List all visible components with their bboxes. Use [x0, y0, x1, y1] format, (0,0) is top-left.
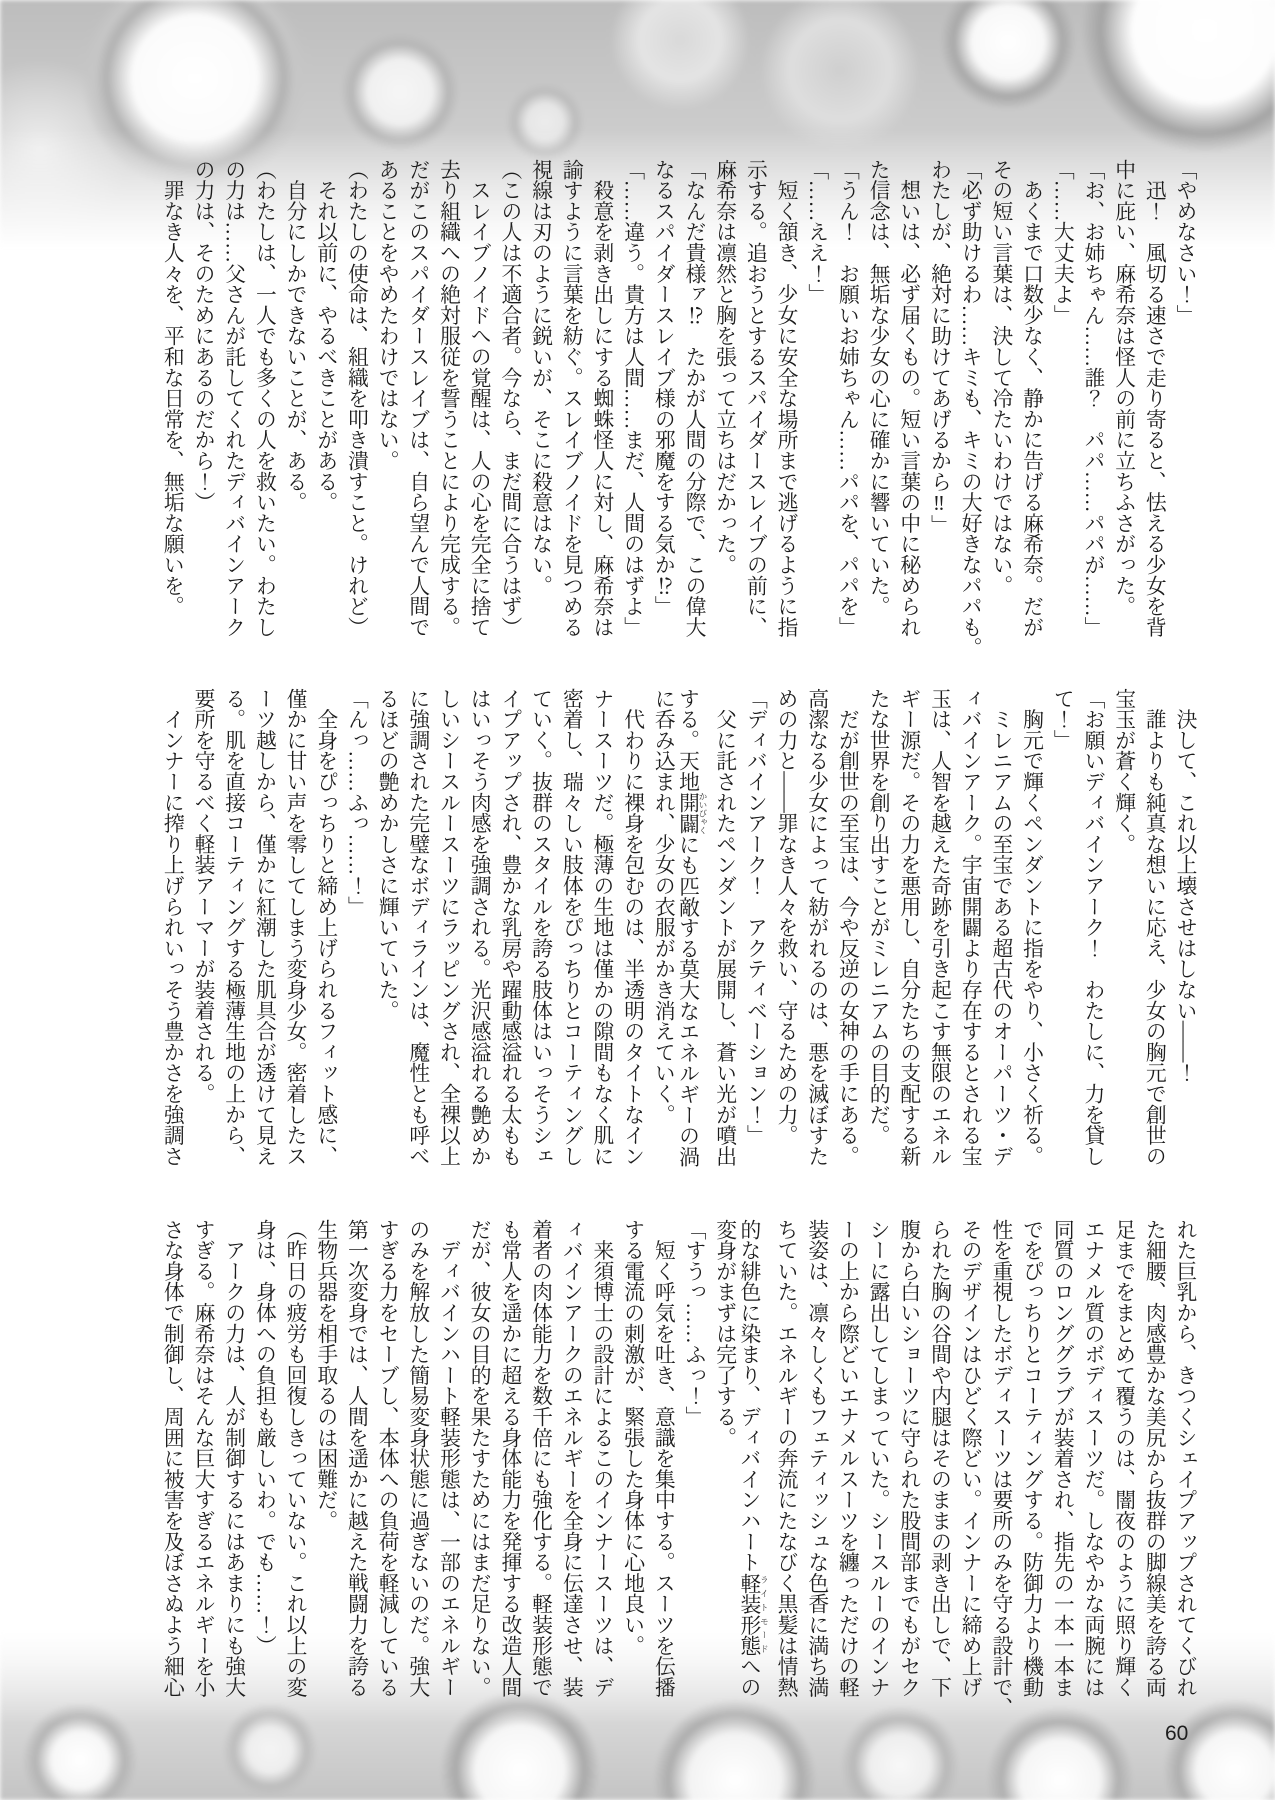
text-column: 去り組織への絶対服従を誓うことにより完成する。	[432, 159, 463, 637]
text-column: （昨日の疲労も回復しきっていない。これ以上の変	[278, 1219, 309, 1697]
text-column: イプアップされ、豊かな乳房や躍動感溢れる太もも	[493, 688, 524, 1166]
text-column: 決して、これ以上壊させはしない――！	[1168, 688, 1199, 1166]
text-column: ィバインアークのエネルギーを全身に伝達させ、装	[555, 1219, 586, 1697]
text-column: る。肌を直接コーティングする極薄生地の上から、	[217, 688, 248, 1166]
text-column: のみを解放した簡易変身状態に過ぎないのだ。強大	[401, 1219, 432, 1697]
ruby-annotated-word: 開闢かいびゃく	[676, 792, 699, 834]
text-column: なるスパイダースレイブ様の邪魔をする気か⁉」	[647, 159, 678, 637]
text-column: 代わりに裸身を包むのは、半透明のタイトなイン	[616, 688, 647, 1166]
text-column: 「……ええ！」	[800, 159, 831, 637]
text-column-with-ruby: 的な緋色に染まり、ディバインハート軽装形態ライトモードへの	[739, 1219, 770, 1697]
text-column: 「んっ……ふっ……！」	[340, 688, 371, 1166]
text-column: 同質のロンググラブが装着され、指先の一本一本ま	[1046, 1219, 1077, 1697]
text-column: 装姿は、凛々しくもフェティッシュな色香に満ち満	[800, 1219, 831, 1697]
text-column: た信念は、無垢な少女の心に確かに響いていた。	[861, 159, 892, 637]
text-column: 自分にしかできないことが、ある。	[278, 159, 309, 637]
text-column: その短い言葉は、決して冷たいわけではない。	[984, 159, 1015, 637]
text-column: に呑み込まれ、少女の衣服がかき消えていく。	[647, 688, 678, 1166]
text-column: あることをやめたわけではない。	[370, 159, 401, 637]
text-column: の力は、そのためにあるのだから！）	[186, 159, 217, 637]
text-column: 短く呼気を吐き、意識を集中する。スーツを伝播	[647, 1219, 678, 1697]
text-column: それ以前に、やるべきことがある。	[309, 159, 340, 637]
text-column: 着者の肉体能力を数千倍にも強化する。軽装形態で	[524, 1219, 555, 1697]
ruby-reading: かいびゃく	[698, 792, 708, 835]
text-column: た細腰、肉感豊かな美尻から抜群の脚線美を誇る両	[1138, 1219, 1169, 1697]
text-column: すぎる。麻希奈はそんな巨大すぎるエネルギーを小	[186, 1219, 217, 1697]
ruby-base: 軽装形態	[737, 1573, 760, 1656]
text-column: 殺意を剥き出しにする蜘蛛怪人に対し、麻希奈は	[585, 159, 616, 637]
text-column: れた巨乳から、きつくシェイプアップされてくびれ	[1168, 1219, 1199, 1697]
text-column: 「すうっ……ふっ！」	[677, 1219, 708, 1697]
text-column: ディバインハート軽装形態は、一部のエネルギー	[432, 1219, 463, 1697]
text-column: 「やめなさい！」	[1168, 159, 1199, 637]
text-column: 「なんだ貴様ァ⁉ たかが人間の分際で、この偉大	[677, 159, 708, 637]
text-column: 麻希奈は凛然と胸を張って立ちはだかった。	[708, 159, 739, 637]
text-column: たな世界を創り出すことがミレニアムの目的だ。	[861, 688, 892, 1166]
ruby-annotated-word: 軽装形態ライトモード	[737, 1573, 760, 1656]
text-column: めの力と――罪なき人々を救い、守るための力。	[769, 688, 800, 1166]
text-column: すぎる力をセーブし、本体への負荷を軽減している	[370, 1219, 401, 1697]
text-column: だが創世の至宝は、今や反逆の女神の手にある。	[831, 688, 862, 1166]
text-column: ていく。抜群のスタイルを誇る肢体はいっそうシェ	[524, 688, 555, 1166]
text-column: する電流の刺激が、緊張した身体に心地良い。	[616, 1219, 647, 1697]
text-column: 「うん！ お願いお姉ちゃん……パパを、パパを」	[831, 159, 862, 637]
text-column: 性を重視したボディスーツは要所のみを守る設計で、	[984, 1219, 1015, 1697]
text-segment: にも匹敵する莫大なエネルギーの渦	[676, 834, 699, 1167]
text-segment: への	[737, 1656, 760, 1698]
text-column: 中に庇い、麻希奈は怪人の前に立ちふさがった。	[1107, 159, 1138, 637]
text-column: ーツ越しから、僅かに紅潮した肌具合が透けて見え	[248, 688, 279, 1166]
text-column: 諭すように言葉を紡ぐ。スレイブノイドを見つめる	[555, 159, 586, 637]
text-column: あくまで口数少なく、静かに告げる麻希奈。だが	[1015, 159, 1046, 637]
text-column: エナメル質のボディスーツだ。しなやかな両腕には	[1076, 1219, 1107, 1697]
text-column: でをぴっちりとコーティングする。防御力より機動	[1015, 1219, 1046, 1697]
text-column: 生物兵器を相手取るのは困難だ。	[309, 1219, 340, 1697]
text-column: 示する。追おうとするスパイダースレイブの前に、	[739, 159, 770, 637]
text-column: だが、彼女の目的を果たすためにはまだ足りない。	[463, 1219, 494, 1697]
text-column: て！」	[1046, 688, 1077, 1166]
text-column: （わたしは、一人でも多くの人を救いたい。わたし	[248, 159, 279, 637]
text-column: 胸元で輝くペンダントに指をやり、小さく祈る。	[1015, 688, 1046, 1166]
text-tier-bottom: れた巨乳から、きつくシェイプアップされてくびれ た細腰、肉感豊かな美尻から抜群の…	[155, 1219, 1199, 1697]
text-column: シーに露出してしまっていた。シースルーのインナ	[861, 1219, 892, 1697]
text-column: さな身体で制御し、周囲に被害を及ぼさぬよう細心	[156, 1219, 187, 1697]
text-column: そのデザインはひどく際どい。インナーに締め上げ	[954, 1219, 985, 1697]
text-column: 全身をぴっちりと締め上げられるフィット感に、	[309, 688, 340, 1166]
text-column: られた胸の谷間や内腿はそのままの剥き出しで、下	[923, 1219, 954, 1697]
text-column: ナースーツだ。極薄の生地は僅かの隙間もなく肌に	[585, 688, 616, 1166]
text-column: ーの上から際どいエナメルスーツを纏っただけの軽	[831, 1219, 862, 1697]
text-segment: する。天地	[676, 688, 699, 792]
text-column: 想いは、必ず届くもの。短い言葉の中に秘められ	[892, 159, 923, 637]
text-column-with-ruby: する。天地開闢かいびゃくにも匹敵する莫大なエネルギーの渦	[677, 688, 708, 1166]
ruby-reading: ライトモード	[759, 1573, 769, 1656]
text-column: 「……大丈夫よ」	[1046, 159, 1077, 637]
text-tier-middle: 決して、これ以上壊させはしない――！ 誰よりも純真な想いに応え、少女の胸元で創世…	[155, 688, 1199, 1166]
ruby-base: 開闢	[676, 792, 699, 835]
text-column: だがこのスパイダースレイブは、自ら望んで人間で	[401, 159, 432, 637]
text-column: スレイブノイドへの覚醒は、人の心を完全に捨て	[463, 159, 494, 637]
text-column: 罪なき人々を、平和な日常を、無垢な願いを。	[156, 159, 187, 637]
text-column: 宝玉が蒼く輝く。	[1107, 688, 1138, 1166]
text-column: 腹から白いショーツに守られた股間部までもがセク	[892, 1219, 923, 1697]
text-tier-top: 「やめなさい！」 迅！ 風切る速さで走り寄ると、怯える少女を背 中に庇い、麻希奈…	[155, 159, 1199, 637]
text-column: の力は……父さんが託してくれたディバインアーク	[217, 159, 248, 637]
text-column: 僅かに甘い声を零してしまう変身少女。密着したス	[278, 688, 309, 1166]
text-column: 視線は刃のように鋭いが、そこに殺意はない。	[524, 159, 555, 637]
text-column: ミレニアムの至宝である超古代のオーパーツ・デ	[984, 688, 1015, 1166]
text-column: 来須博士の設計によるこのインナースーツは、デ	[585, 1219, 616, 1697]
text-column: に強調された完璧なボディラインは、魔性とも呼べ	[401, 688, 432, 1166]
text-column: 高潔なる少女によって紡がれるのは、悪を滅ぼすた	[800, 688, 831, 1166]
text-column: （わたしの使命は、組織を叩き潰すこと。けれど）	[340, 159, 371, 637]
text-column: 短く頷き、少女に安全な場所まで逃げるように指	[769, 159, 800, 637]
text-column: 「必ず助けるわ……キミも、キミの大好きなパパも。	[954, 159, 985, 637]
text-column: も常人を遥かに超える身体能力を発揮する改造人間	[493, 1219, 524, 1697]
text-column: ちていた。エネルギーの奔流にたなびく黒髪は情熱	[769, 1219, 800, 1697]
text-column: アークの力は、人が制御するにはあまりにも強大	[217, 1219, 248, 1697]
text-column: 身は、身体への負担も厳しいわ。でも……！）	[248, 1219, 279, 1697]
text-column: 父に託されたペンダントが展開し、蒼い光が噴出	[708, 688, 739, 1166]
text-column: インナーに搾り上げられいっそう豊かさを強調さ	[156, 688, 187, 1166]
text-column: 「ディバインアーク！ アクティベーション！」	[739, 688, 770, 1166]
text-column: 「お願いディバインアーク！ わたしに、力を貸し	[1076, 688, 1107, 1166]
text-column: 第一次変身では、人間を遥かに越えた戦闘力を誇る	[340, 1219, 371, 1697]
text-column: るほどの艶めかしさに輝いていた。	[370, 688, 401, 1166]
text-column: ギー源だ。その力を悪用し、自分たちの支配する新	[892, 688, 923, 1166]
text-column: 迅！ 風切る速さで走り寄ると、怯える少女を背	[1138, 159, 1169, 637]
text-segment: 的な緋色に染まり、ディバインハート	[737, 1219, 760, 1573]
text-column: 玉は、人智を越えた奇跡を引き起こす無限のエネル	[923, 688, 954, 1166]
text-column: 「お、お姉ちゃん……誰？ パパ……パパが……」	[1076, 159, 1107, 637]
text-column: （この人は不適合者。今なら、まだ間に合うはず）	[493, 159, 524, 637]
text-column: 「……違う。貴方は人間……まだ、人間のはずよ」	[616, 159, 647, 637]
text-column: はいっそう肉感を強調される。光沢感溢れる艶めか	[463, 688, 494, 1166]
text-column: しいシースルースーツにラッピングされ、全裸以上	[432, 688, 463, 1166]
text-column: 足までをまとめて覆うのは、闇夜のように照り輝く	[1107, 1219, 1138, 1697]
page-number: 60	[1165, 1722, 1188, 1746]
text-column: わたしが、絶対に助けてあげるから‼」	[923, 159, 954, 637]
text-column: ィバインアーク。宇宙開闢より存在するとされる宝	[954, 688, 985, 1166]
text-column: 要所を守るべく軽装アーマーが装着される。	[186, 688, 217, 1166]
text-column: 密着し、瑞々しい肢体をぴっちりとコーティングし	[555, 688, 586, 1166]
text-column: 誰よりも純真な想いに応え、少女の胸元で創世の	[1138, 688, 1169, 1166]
